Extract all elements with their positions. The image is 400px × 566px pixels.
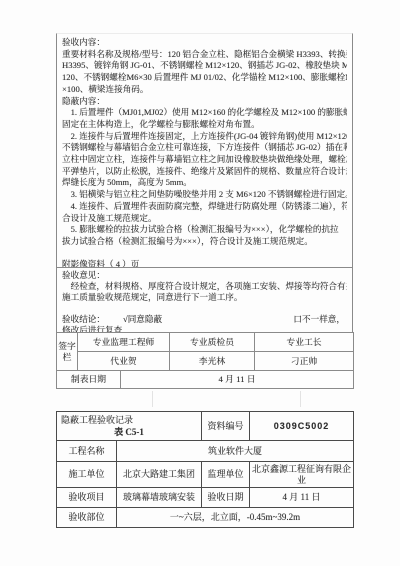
spacer	[62, 303, 347, 315]
hidden-content-heading: 隐蔽内容：	[62, 96, 347, 108]
quality-inspector-header: 专业质检员	[170, 333, 255, 352]
acceptance-location-value: 一~六层，北立面，-0.45m~39.2m	[117, 508, 354, 528]
opinion-line: 经检查，材料规格、厚度符合设计规定，各项施工安装、焊接等均符合有关	[62, 281, 347, 292]
contractor-value: 北京大路建工集团	[117, 462, 202, 488]
scanned-document-page: 验收内容： 重要材料名称及规格/型号：120 铝合金立柱、隐框铝合金横梁 H33…	[0, 0, 400, 566]
content-line: 不锈钢螺栓与幕墙铝合金立柱可靠连接，下方连接件（钢插芯 JG-02）插在幕墙	[62, 142, 347, 154]
acceptance-item-value: 玻璃幕墙玻璃安装	[117, 488, 202, 508]
reference-number-value: 0309C5002	[250, 412, 354, 441]
acceptance-item-label: 验收项目	[57, 488, 117, 508]
content-line: 立柱中固定立柱，连接件与幕墙铝立柱之间加设橡胶垫块做绝缘处理，螺栓加设	[62, 154, 347, 166]
content-line: H3395、镀锌角钢 JG-01、不锈钢螺栓 M12×120、钢插芯 JG-02…	[62, 60, 347, 72]
content-line: ×100、横梁连接角码。	[62, 84, 347, 96]
signature-table: 签字栏 专业监理工程师 专业质检员 专业工长 代业贺 李光林 刁正帅	[56, 332, 354, 371]
content-line: 1. 后置埋件（MJ01,MJ02）使用 M12×160 的化学螺栓及 M12×…	[62, 107, 347, 119]
spacer	[62, 248, 347, 260]
acceptance-date-label: 验收日期	[202, 488, 250, 508]
acceptance-opinion-box: 验收意见： 经检查，材料规格、厚度符合设计规定，各项施工安装、焊接等均符合有关 …	[56, 267, 353, 333]
contractor-label: 施工单位	[57, 462, 117, 488]
content-line: 4. 连接件、后置埋件表面防腐完整，焊缝进行防腐处理（防锈漆二遍），符	[62, 201, 347, 213]
content-line: 重要材料名称及规格/型号：120 铝合金立柱、隐框铝合金横梁 H3393、转换型	[62, 49, 347, 61]
scan-gap	[56, 389, 353, 411]
signature-names-row: 代业贺 李光林 刁正帅	[57, 352, 354, 371]
form-date-row: 制表日期 4 月 11 日	[57, 371, 354, 389]
supervising-engineer-header: 专业监理工程师	[78, 333, 170, 352]
scan-artifact	[152, 391, 153, 407]
form-number: 表 C5-1	[61, 426, 197, 438]
acceptance-item-row: 验收项目 玻璃幕墙玻璃安装 验收日期 4 月 11 日	[57, 488, 354, 508]
form-body: 验收内容： 重要材料名称及规格/型号：120 铝合金立柱、隐框铝合金横梁 H33…	[56, 33, 353, 528]
conclusion-label: 验收结论：	[62, 314, 105, 325]
agree-checked-option: √同意隐蔽	[123, 314, 162, 325]
content-line: 3. 铝横梁与铝立柱之间垫防噪胶垫并用 2 支 M6×120 不锈钢螺栓进行固定…	[62, 189, 347, 201]
units-row: 施工单位 北京大路建工集团 监理单位 北京鑫源工程征询有限企业	[57, 462, 354, 488]
conclusion-line: 验收结论： √同意隐蔽 口不一样意，	[62, 314, 347, 325]
scan-artifact	[300, 391, 301, 407]
record-header-table: 隐蔽工程验收记录 表 C5-1 资料编号 0309C5002 工程名称 筑业软件…	[56, 411, 354, 528]
supervisor-value: 北京鑫源工程征询有限企业	[250, 462, 354, 488]
opinion-heading: 验收意见：	[62, 270, 347, 281]
record-title-cell: 隐蔽工程验收记录 表 C5-1	[57, 412, 202, 441]
content-line: 平弹垫片，以防止松脱，连接件、绝缘片及紧固件的规格、数量应符合设计规定，	[62, 166, 347, 178]
foreman-header: 专业工长	[255, 333, 354, 352]
acceptance-date-value: 4 月 11 日	[250, 488, 354, 508]
supervisor-label: 监理单位	[202, 462, 250, 488]
acceptance-content-box: 验收内容： 重要材料名称及规格/型号：120 铝合金立柱、隐框铝合金横梁 H33…	[56, 33, 353, 268]
foreman-name: 刁正帅	[255, 352, 354, 371]
supervising-engineer-name: 代业贺	[78, 352, 170, 371]
content-line: 合设计及施工规范规定。	[62, 213, 347, 225]
project-name-label: 工程名称	[57, 441, 117, 462]
record-title: 隐蔽工程验收记录	[61, 414, 197, 426]
content-line: 固定在主体构造上，化学螺栓与膨胀螺栓对角布置。	[62, 119, 347, 131]
reference-number-label: 资料编号	[202, 412, 250, 441]
form-date-value: 4 月 11 日	[121, 371, 354, 389]
content-line: 5. 膨胀螺栓的拉拔力试验合格（检测汇报编号为×××），化学螺栓的抗拉	[62, 224, 347, 236]
content-line: 120、不锈钢螺栓M6×30 后置埋件 MJ 01/02、化学锚栓 M12×10…	[62, 72, 347, 84]
signature-header-row: 签字栏 专业监理工程师 专业质检员 专业工长	[57, 333, 354, 352]
content-line: 2. 连接件与后置埋件连接固定，上方连接件(JG-04 镀锌角钢)使用 M12×…	[62, 131, 347, 143]
content-line: 拔力试验合格（检测汇报编号为×××），符合设计及施工规范规定。	[62, 236, 347, 248]
project-name-value: 筑业软件大厦	[117, 441, 354, 462]
form-date-table: 制表日期 4 月 11 日	[56, 370, 354, 389]
acceptance-content-heading: 验收内容：	[62, 37, 347, 49]
acceptance-location-label: 验收部位	[57, 508, 117, 528]
record-title-row: 隐蔽工程验收记录 表 C5-1 资料编号 0309C5002	[57, 412, 354, 441]
content-line: 焊缝长度为 50mm，高度为 5mm。	[62, 177, 347, 189]
opinion-line: 施工质量验收规范规定，同意进行下一道工序。	[62, 292, 347, 303]
quality-inspector-name: 李光林	[170, 352, 255, 371]
project-name-row: 工程名称 筑业软件大厦	[57, 441, 354, 462]
acceptance-location-row: 验收部位 一~六层，北立面，-0.45m~39.2m	[57, 508, 354, 528]
disagree-unchecked-option: 口不一样意，	[293, 314, 345, 325]
form-date-label: 制表日期	[57, 371, 121, 389]
signature-column-label: 签字栏	[57, 333, 78, 371]
